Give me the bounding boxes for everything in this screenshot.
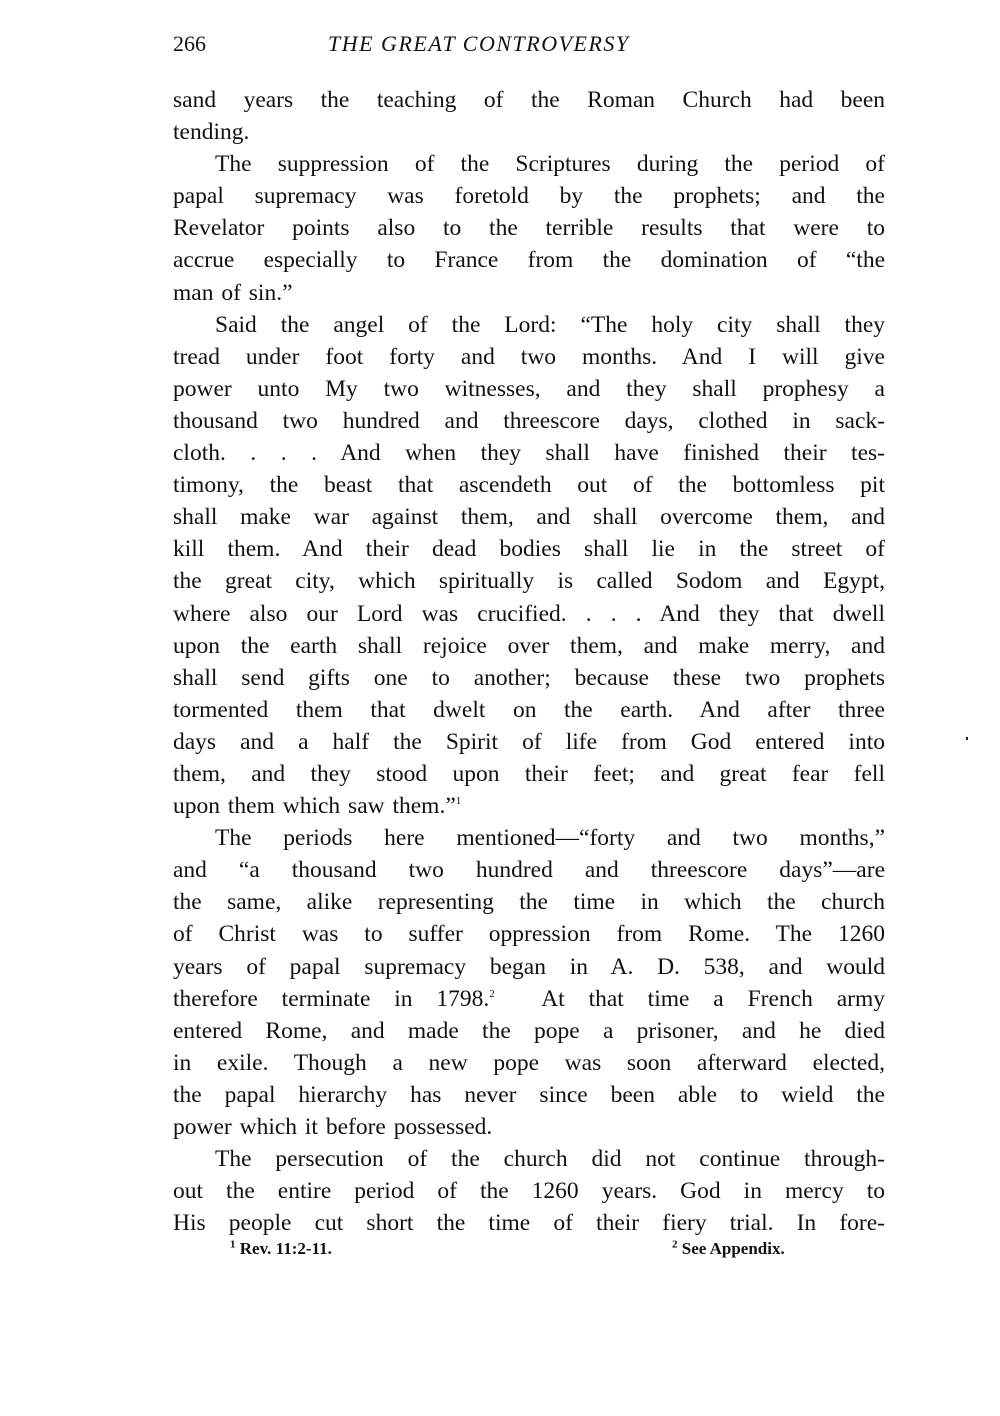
- text-line-content: At that time a French army: [495, 986, 885, 1012]
- footnote-ref[interactable]: 1: [456, 795, 462, 807]
- text-line: tending.: [173, 116, 885, 148]
- text-line: power which it before possessed.: [173, 1111, 885, 1143]
- paragraph: The suppression of the Scriptures during…: [173, 148, 885, 308]
- page-header: 266 THE GREAT CONTROVERSY: [173, 28, 885, 68]
- text-line: out the entire period of the 1260 years.…: [173, 1175, 885, 1207]
- text-line: sand years the teaching of the Roman Chu…: [173, 84, 885, 116]
- text-line: days and a half the Spirit of life from …: [173, 726, 885, 758]
- footnote-marker: 2: [672, 1238, 678, 1250]
- running-title: THE GREAT CONTROVERSY: [328, 31, 630, 57]
- text-line: years of papal supremacy began in A. D. …: [173, 951, 885, 983]
- paragraph: Said the angel of the Lord: “The holy ci…: [173, 309, 885, 823]
- text-line: Said the angel of the Lord: “The holy ci…: [173, 309, 885, 341]
- footnote-marker: 1: [230, 1238, 236, 1250]
- text-line: the papal hierarchy has never since been…: [173, 1079, 885, 1111]
- text-line: Revelator points also to the terrible re…: [173, 212, 885, 244]
- text-line: shall make war against them, and shall o…: [173, 501, 885, 533]
- text-line: and “a thousand two hundred and threesco…: [173, 854, 885, 886]
- page-number: 266: [173, 31, 206, 57]
- text-line: the same, alike representing the time in…: [173, 886, 885, 918]
- text-line: them, and they stood upon their feet; an…: [173, 758, 885, 790]
- text-line: the great city, which spiritually is cal…: [173, 565, 885, 597]
- footnote: 2 See Appendix.: [672, 1239, 785, 1259]
- text-line-content: upon them which saw them.”: [173, 793, 456, 819]
- paragraph: sand years the teaching of the Roman Chu…: [173, 84, 885, 148]
- text-line: where also our Lord was crucified. . . .…: [173, 598, 885, 630]
- text-line: papal supremacy was foretold by the prop…: [173, 180, 885, 212]
- paragraph: The persecution of the church did not co…: [173, 1143, 885, 1239]
- text-line: of Christ was to suffer oppression from …: [173, 918, 885, 950]
- text-line: man of sin.”: [173, 277, 885, 309]
- text-line: power unto My two witnesses, and they sh…: [173, 373, 885, 405]
- text-line: entered Rome, and made the pope a prison…: [173, 1015, 885, 1047]
- text-line: His people cut short the time of their f…: [173, 1207, 885, 1239]
- text-line: upon them which saw them.”1: [173, 790, 885, 822]
- text-line: The periods here mentioned—“forty and tw…: [173, 822, 885, 854]
- text-line: accrue especially to France from the dom…: [173, 244, 885, 276]
- footnote-text: Rev. 11:2-11.: [240, 1239, 332, 1258]
- text-line: upon the earth shall rejoice over them, …: [173, 630, 885, 662]
- text-line: tread under foot forty and two months. A…: [173, 341, 885, 373]
- scan-speck: [966, 737, 968, 740]
- paragraph: The periods here mentioned—“forty and tw…: [173, 822, 885, 1143]
- book-page: 266 THE GREAT CONTROVERSY sand years the…: [173, 28, 885, 1239]
- text-line: in exile. Though a new pope was soon aft…: [173, 1047, 885, 1079]
- text-line: tormented them that dwelt on the earth. …: [173, 694, 885, 726]
- text-line: therefore terminate in 1798.2 At that ti…: [173, 983, 885, 1015]
- text-line: cloth. . . . And when they shall have fi…: [173, 437, 885, 469]
- text-line-content: therefore terminate in 1798.: [173, 986, 489, 1012]
- text-line: shall send gifts one to another; because…: [173, 662, 885, 694]
- text-line: The persecution of the church did not co…: [173, 1143, 885, 1175]
- footnote: 1 Rev. 11:2-11.: [230, 1239, 332, 1259]
- body-text: sand years the teaching of the Roman Chu…: [173, 84, 885, 1239]
- footnote-text: See Appendix.: [682, 1239, 785, 1258]
- text-line: kill them. And their dead bodies shall l…: [173, 533, 885, 565]
- text-line: timony, the beast that ascendeth out of …: [173, 469, 885, 501]
- text-line: thousand two hundred and threescore days…: [173, 405, 885, 437]
- text-line: The suppression of the Scriptures during…: [173, 148, 885, 180]
